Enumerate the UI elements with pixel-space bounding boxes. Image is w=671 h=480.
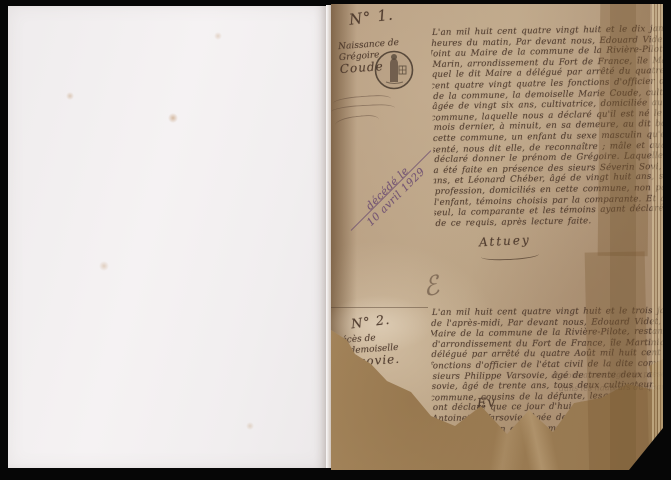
tape-repair-strip [610, 4, 636, 470]
manuscript-right-page: N° 1. Naissance deGrégoireCoude décédé l… [331, 4, 663, 470]
revenue-stamp-icon [373, 48, 415, 92]
entry2-number: N° 2. [350, 313, 391, 333]
entry1-signature: Attuey [479, 233, 531, 250]
illegible-marginal-scribble [331, 103, 395, 113]
archival-scan: N° 1. Naissance deGrégoireCoude décédé l… [0, 0, 671, 480]
entry-separator-rule [331, 307, 428, 308]
entry1-number: N° 1. [348, 5, 395, 28]
page-edge-stack [652, 4, 663, 470]
signature-flourish [481, 249, 539, 261]
illegible-signature-paraphe [335, 114, 380, 128]
deceased-note-line: décédé le [331, 131, 445, 246]
blank-left-page [8, 6, 326, 468]
